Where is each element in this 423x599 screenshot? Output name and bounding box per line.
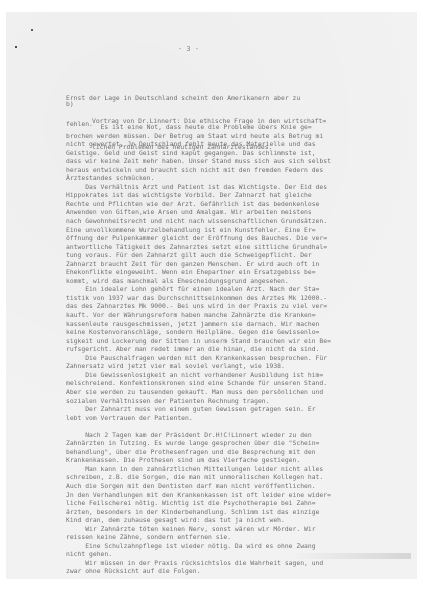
text-line: öffnung der Pulpenkammer gleicht der Erö… — [66, 235, 422, 244]
text-line: keine Kostenvoranschläge, sondern Heilpl… — [66, 329, 422, 338]
ink-speck — [31, 29, 33, 31]
text-line: Eine unvollkommene Wurzelbehandlung ist … — [66, 227, 422, 236]
text-line: kauft. Vor der Währungsreform haben manc… — [66, 312, 422, 321]
text-line: schreiben, z.B. die Sorgen, die man mit … — [66, 474, 422, 483]
text-line: Wir müssen in der Praxis rücksichtslos d… — [66, 560, 422, 569]
text-line: Wir Zahnärzte töten keinen Nerv, sonst w… — [66, 526, 422, 535]
text-line: Ehekonflikte eingeweiht. Wenn ein Ehepar… — [66, 269, 422, 278]
text-line: tistik von 1937 war das Durchschnittsein… — [66, 295, 422, 304]
text-line: Geistige. Geld und Geist sind kaput gega… — [66, 150, 422, 159]
text-line: Rechte und Pflichten wie der Arzt. Gefäh… — [66, 201, 422, 210]
text-line: kommt, wird das manchmal als Ehescheidun… — [66, 278, 422, 287]
text-line: Anwenden von Giften,wie Arsen und Amalga… — [66, 209, 422, 218]
text-line: Zahnersatz wird jetzt vier mal soviel ve… — [66, 363, 422, 372]
text-line: das des Zahnarztes Mk 9000.- Bei uns wir… — [66, 303, 422, 312]
text-line: zwar ohne Rücksicht auf die Folgen. — [66, 568, 422, 577]
text-line: Hippokrates ist das wichtigste Vorbild. … — [66, 192, 422, 201]
text-line: Zahnärzten in Tutzing. Es wurde lange ge… — [66, 440, 422, 449]
text-line: nicht gewertet. Jn Deutschland fehlt heu… — [66, 141, 422, 150]
text-line: Auch die Sorgen mit den Dentisten darf m… — [66, 483, 422, 492]
text-line: reissen keine Zähne, sondern entfernen s… — [66, 534, 422, 543]
text-line: sigkeit und Lockerung der Sitten in unse… — [66, 338, 422, 347]
ink-speck — [15, 46, 17, 48]
text-line: nicht gehen. — [66, 551, 422, 560]
text-line: sozialen Verhältnissen der Patienten Rec… — [66, 398, 422, 407]
body-text: Es ist eine Not, dass heute die Probleme… — [66, 124, 422, 577]
text-line: tung voraus. Für den Zahnarzt gilt auch … — [66, 252, 422, 261]
text-line: dass wir keine Zeit mehr haben. Unser St… — [66, 158, 422, 167]
text-line: Eine Schulzahnpflege ist wieder nötig. D… — [66, 543, 422, 552]
text-line: Die Pauschalfragen werden mit den Kranke… — [66, 355, 422, 364]
text-line — [66, 423, 422, 432]
text-line: nach Gewohnheitsrecht und nicht nach wis… — [66, 218, 422, 227]
text-line: Kind dran, dem zuhause gesagt wird: das … — [66, 517, 422, 526]
text-line: Ärztestandes schmücken. — [66, 175, 422, 184]
text-line: Zahnarzt braucht Zeit für den ganzen Men… — [66, 261, 422, 270]
text-line: brochen werden müssen. Der Betrug am Sta… — [66, 133, 422, 142]
text-line: Die Gewissenlosigkeit an nicht vorhanden… — [66, 372, 422, 381]
text-line: Jn den Verhandlungen mit den Krankenkass… — [66, 492, 422, 501]
text-line: Es ist eine Not, dass heute die Probleme… — [66, 124, 422, 133]
text-line: heraus entwickeln und braucht sich nicht… — [66, 167, 422, 176]
page-number: - 3 - — [178, 45, 199, 53]
text-line: antwortliche Tätigkeit des Zahnarztes se… — [66, 244, 422, 253]
text-line: Der Zahnarzt muss von einem guten Gewiss… — [66, 406, 422, 415]
text-line: rufsgericht. Aber man redet immer an die… — [66, 346, 422, 355]
text-line: behandlung", über die Prothesenfragen un… — [66, 449, 422, 458]
text-line: Nach 2 Tagen kam der Präsident Dr.H!C!Li… — [66, 432, 422, 441]
text-line: liche Feilscherei nötig. Wichtig ist die… — [66, 500, 422, 509]
text-line: ärzten, besonders in der Kinderbehandlun… — [66, 509, 422, 518]
text-line: Man kann in den zahnärztlichen Mitteilun… — [66, 466, 422, 475]
text-line: Das Verhältnis Arzt und Patient ist das … — [66, 184, 422, 193]
text-line: melschreiend. Konfektionskronen sind ein… — [66, 380, 422, 389]
text-line: Krankenkassen. Die Prothesen sind um das… — [66, 457, 422, 466]
text-line: kassenleute rausgeschmissen, jetzt jamme… — [66, 321, 422, 330]
text-line: lebt vom Vertrauen der Patienten. — [66, 415, 422, 424]
text-line: Aber sie werden zu tausenden gekauft. Ma… — [66, 389, 422, 398]
text-line: Ein idealer Lohn gehört für einen ideale… — [66, 286, 422, 295]
